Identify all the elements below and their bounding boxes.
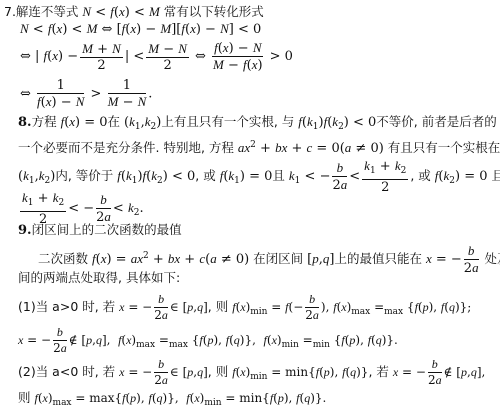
text: 处及区 (481, 251, 500, 266)
text: 二次函数 (38, 251, 92, 266)
section8-number: 8. (18, 115, 32, 130)
text: 且 (272, 168, 288, 183)
section9-heading: 闭区间上的二次函数的最值 (32, 222, 182, 237)
section9-case2-line2: 则 f(x)max = max{f(p), f(q)}, f(x)min = m… (18, 390, 326, 411)
section8-line2: 一个必要而不是充分条件. 特别地, 方程 ax2 + bx + c = 0(a … (18, 137, 500, 157)
text: 上有且只有一个实根, 与 (161, 114, 298, 129)
text: 内, 等价于 (55, 168, 117, 183)
text: , 或 (195, 168, 219, 183)
text: 则 (18, 390, 34, 405)
text: , 若 (368, 364, 392, 379)
text: 在 (108, 114, 124, 129)
section9-case2-line1: (2)当 a<0 时, 若 x = −b2a∈ [p,q], 则 f(x)min… (18, 357, 485, 388)
section7-line2: ⇔ | f(x) −M + N2| <M − N2 ⇔ f(x) − NM − … (20, 40, 293, 73)
section7-title-tail: 常有以下转化形式 (160, 4, 264, 19)
text: 上的最值只能在 (334, 251, 425, 266)
text: , 则 (208, 299, 232, 314)
section9-title: 9.闭区间上的二次函数的最值 (18, 222, 182, 239)
text: 间的两端点处取得, 具体如下: (18, 270, 180, 285)
text: 且 (488, 168, 500, 183)
text: 在闭区间 (249, 251, 307, 266)
section7-line3: ⇔ 1f(x) − N > 1M − N. (20, 78, 152, 110)
section7-title: 7.解连不等式 N < f(x) < M 常有以下转化形式 (4, 4, 264, 21)
section7-title-label: 7.解连不等式 (4, 4, 82, 19)
text: , 则 (208, 364, 232, 379)
text: 方程 (32, 114, 61, 129)
section9-case1-line1: (1)当 a>0 时, 若 x = −b2a∈ [p,q], 则 f(x)min… (18, 292, 471, 323)
section9-number: 9. (18, 223, 32, 238)
text: , 或 (410, 168, 434, 183)
section7-line1: N < f(x) < M ⇔ [f(x) − M][f(x) − N] < 0 (20, 21, 261, 38)
text: 不等价, 前者是后者的 (376, 114, 496, 129)
text: (1)当 a>0 时, 若 (18, 299, 119, 314)
text: 一个必要而不是充分条件. 特别地, 方程 (18, 140, 238, 155)
text: 有且只有一个实根在 (384, 140, 500, 155)
section9-intro2: 间的两端点处取得, 具体如下: (18, 270, 180, 287)
section9-case1-line2: x = −b2a∉ [p,q], f(x)max =max {f(p), f(q… (18, 325, 398, 356)
section8-line1: 8.方程 f(x) = 0在 (k1,k2)上有且只有一个实根, 与 f(k1)… (18, 114, 497, 135)
text: (2)当 a<0 时, 若 (18, 364, 119, 379)
